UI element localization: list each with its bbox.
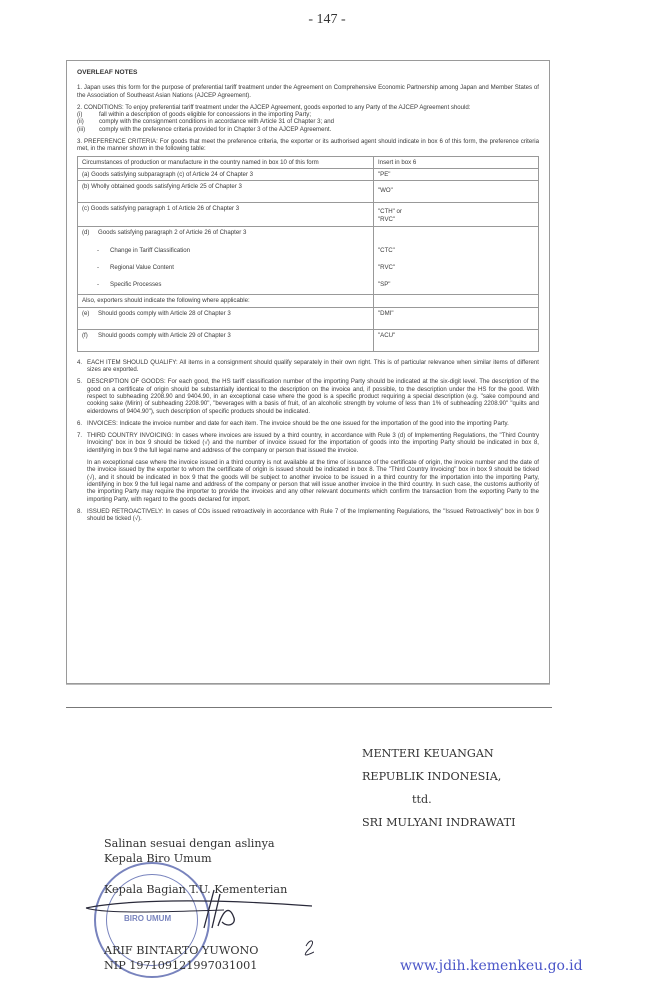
row-label: (e) <box>82 310 98 317</box>
note-number: 5. <box>77 378 87 414</box>
code-text: "WO" <box>378 187 534 194</box>
copy-signer-nip: NIP 197109121997031001 <box>104 958 287 973</box>
table-cell: (d) Goods satisfying paragraph 2 of Arti… <box>78 227 374 295</box>
note-2: 2. CONDITIONS: To enjoy preferential tar… <box>77 104 539 133</box>
condition-text: comply with the consignment conditions i… <box>99 118 334 125</box>
website-link[interactable]: www.jdih.kemenkeu.go.id <box>400 958 583 974</box>
table-cell: "WO" <box>374 181 539 203</box>
table-row: (a) Goods satisfying subparagraph (c) of… <box>78 168 539 180</box>
note-7: 7. THIRD COUNTRY INVOICING: In cases whe… <box>77 432 539 454</box>
row-text: Should goods comply with Article 28 of C… <box>98 310 231 317</box>
condition-number: (i) <box>77 111 99 118</box>
table-header-cell: Insert in box 6 <box>374 156 539 168</box>
condition-item: (ii) comply with the consignment conditi… <box>77 118 539 125</box>
sub-criterion-text: Change in Tariff Classification <box>110 247 190 254</box>
code-text: "CTC" <box>378 247 534 254</box>
note-3: 3. PREFERENCE CRITERIA: For goods that m… <box>77 138 539 153</box>
table-cell: "CTH" or "RVC" <box>374 203 539 227</box>
note-1: 1. Japan uses this form for the purpose … <box>77 84 539 99</box>
condition-item: (i) fall within a description of goods e… <box>77 111 539 118</box>
table-row: (d) Goods satisfying paragraph 2 of Arti… <box>78 227 539 295</box>
handwritten-signature <box>84 888 314 958</box>
note-6: 6. INVOICES: Indicate the invoice number… <box>77 420 539 427</box>
code-text: "RVC" <box>378 264 534 271</box>
signatory-name: SRI MULYANI INDRAWATI <box>362 811 516 834</box>
table-row: (e) Should goods comply with Article 28 … <box>78 307 539 329</box>
note-number: 4. <box>77 359 87 374</box>
note-number: 7. <box>77 432 87 454</box>
table-cell: (c) Goods satisfying paragraph 1 of Arti… <box>78 203 374 227</box>
table-cell: "ACU" <box>374 329 539 351</box>
note-2-intro: 2. CONDITIONS: To enjoy preferential tar… <box>77 104 539 111</box>
condition-number: (ii) <box>77 118 99 125</box>
preference-criteria-table: Circumstances of production or manufactu… <box>77 156 539 352</box>
signed-mark: ttd. <box>362 788 516 811</box>
note-5: 5. DESCRIPTION OF GOODS: For each good, … <box>77 378 539 414</box>
row-label: (f) <box>82 332 98 339</box>
table-header-row: Circumstances of production or manufactu… <box>78 156 539 168</box>
table-cell <box>374 295 539 307</box>
table-row: (c) Goods satisfying paragraph 1 of Arti… <box>78 203 539 227</box>
code-text: "SP" <box>378 281 534 288</box>
signatory-country: REPUBLIK INDONESIA, <box>362 765 516 788</box>
copy-statement: Salinan sesuai dengan aslinya <box>104 836 287 851</box>
dash: - <box>86 264 110 271</box>
row-d-heading: (d) Goods satisfying paragraph 2 of Arti… <box>82 229 369 236</box>
minister-signature-block: MENTERI KEUANGAN REPUBLIK INDONESIA, ttd… <box>362 742 516 834</box>
table-cell: (e) Should goods comply with Article 28 … <box>78 307 374 329</box>
table-cell: "DMI" <box>374 307 539 329</box>
note-4: 4. EACH ITEM SHOULD QUALIFY: All items i… <box>77 359 539 374</box>
table-cell: "CTC" "RVC" "SP" <box>374 227 539 295</box>
table-header-cell: Circumstances of production or manufactu… <box>78 156 374 168</box>
sub-criterion: - Regional Value Content <box>82 264 369 271</box>
code-text: "CTH" or <box>378 208 534 215</box>
page-number: - 147 - <box>0 12 654 28</box>
sub-criterion-text: Specific Processes <box>110 281 161 288</box>
notes-title: OVERLEAF NOTES <box>77 69 539 76</box>
sub-criterion: - Specific Processes <box>82 281 369 288</box>
condition-number: (iii) <box>77 126 99 133</box>
note-text: ISSUED RETROACTIVELY: In cases of COs is… <box>87 508 539 523</box>
note-number: 8. <box>77 508 87 523</box>
overleaf-notes-frame: OVERLEAF NOTES 1. Japan uses this form f… <box>66 60 550 684</box>
table-cell: (a) Goods satisfying subparagraph (c) of… <box>78 168 374 180</box>
sub-criterion-text: Regional Value Content <box>110 264 174 271</box>
signatory-title: MENTERI KEUANGAN <box>362 742 516 765</box>
table-row: (f) Should goods comply with Article 29 … <box>78 329 539 351</box>
section-divider <box>66 707 552 708</box>
condition-text: comply with the preference criteria prov… <box>99 126 331 133</box>
note-number: 6. <box>77 420 87 427</box>
table-cell: (f) Should goods comply with Article 29 … <box>78 329 374 351</box>
dash: - <box>86 247 110 254</box>
code-text: "RVC" <box>378 216 534 223</box>
sub-criterion: - Change in Tariff Classification <box>82 247 369 254</box>
row-text: Goods satisfying paragraph 2 of Article … <box>98 229 246 236</box>
note-text: DESCRIPTION OF GOODS: For each good, the… <box>87 378 539 414</box>
note-text: INVOICES: Indicate the invoice number an… <box>87 420 539 427</box>
dash: - <box>86 281 110 288</box>
row-text: Should goods comply with Article 29 of C… <box>98 332 231 339</box>
table-cell: "PE" <box>374 168 539 180</box>
table-row: Also, exporters should indicate the foll… <box>78 295 539 307</box>
condition-text: fall within a description of goods eligi… <box>99 111 311 118</box>
condition-item: (iii) comply with the preference criteri… <box>77 126 539 133</box>
table-cell: (b) Wholly obtained goods satisfying Art… <box>78 181 374 203</box>
note-text: EACH ITEM SHOULD QUALIFY: All items in a… <box>87 359 539 374</box>
note-7-continued: In an exceptional case where the invoice… <box>77 459 539 503</box>
table-row: (b) Wholly obtained goods satisfying Art… <box>78 181 539 203</box>
copy-office: Kepala Biro Umum <box>104 851 287 866</box>
row-label: (d) <box>82 229 98 236</box>
note-text: THIRD COUNTRY INVOICING: In cases where … <box>87 432 539 454</box>
note-8: 8. ISSUED RETROACTIVELY: In cases of COs… <box>77 508 539 523</box>
table-cell: Also, exporters should indicate the foll… <box>78 295 374 307</box>
